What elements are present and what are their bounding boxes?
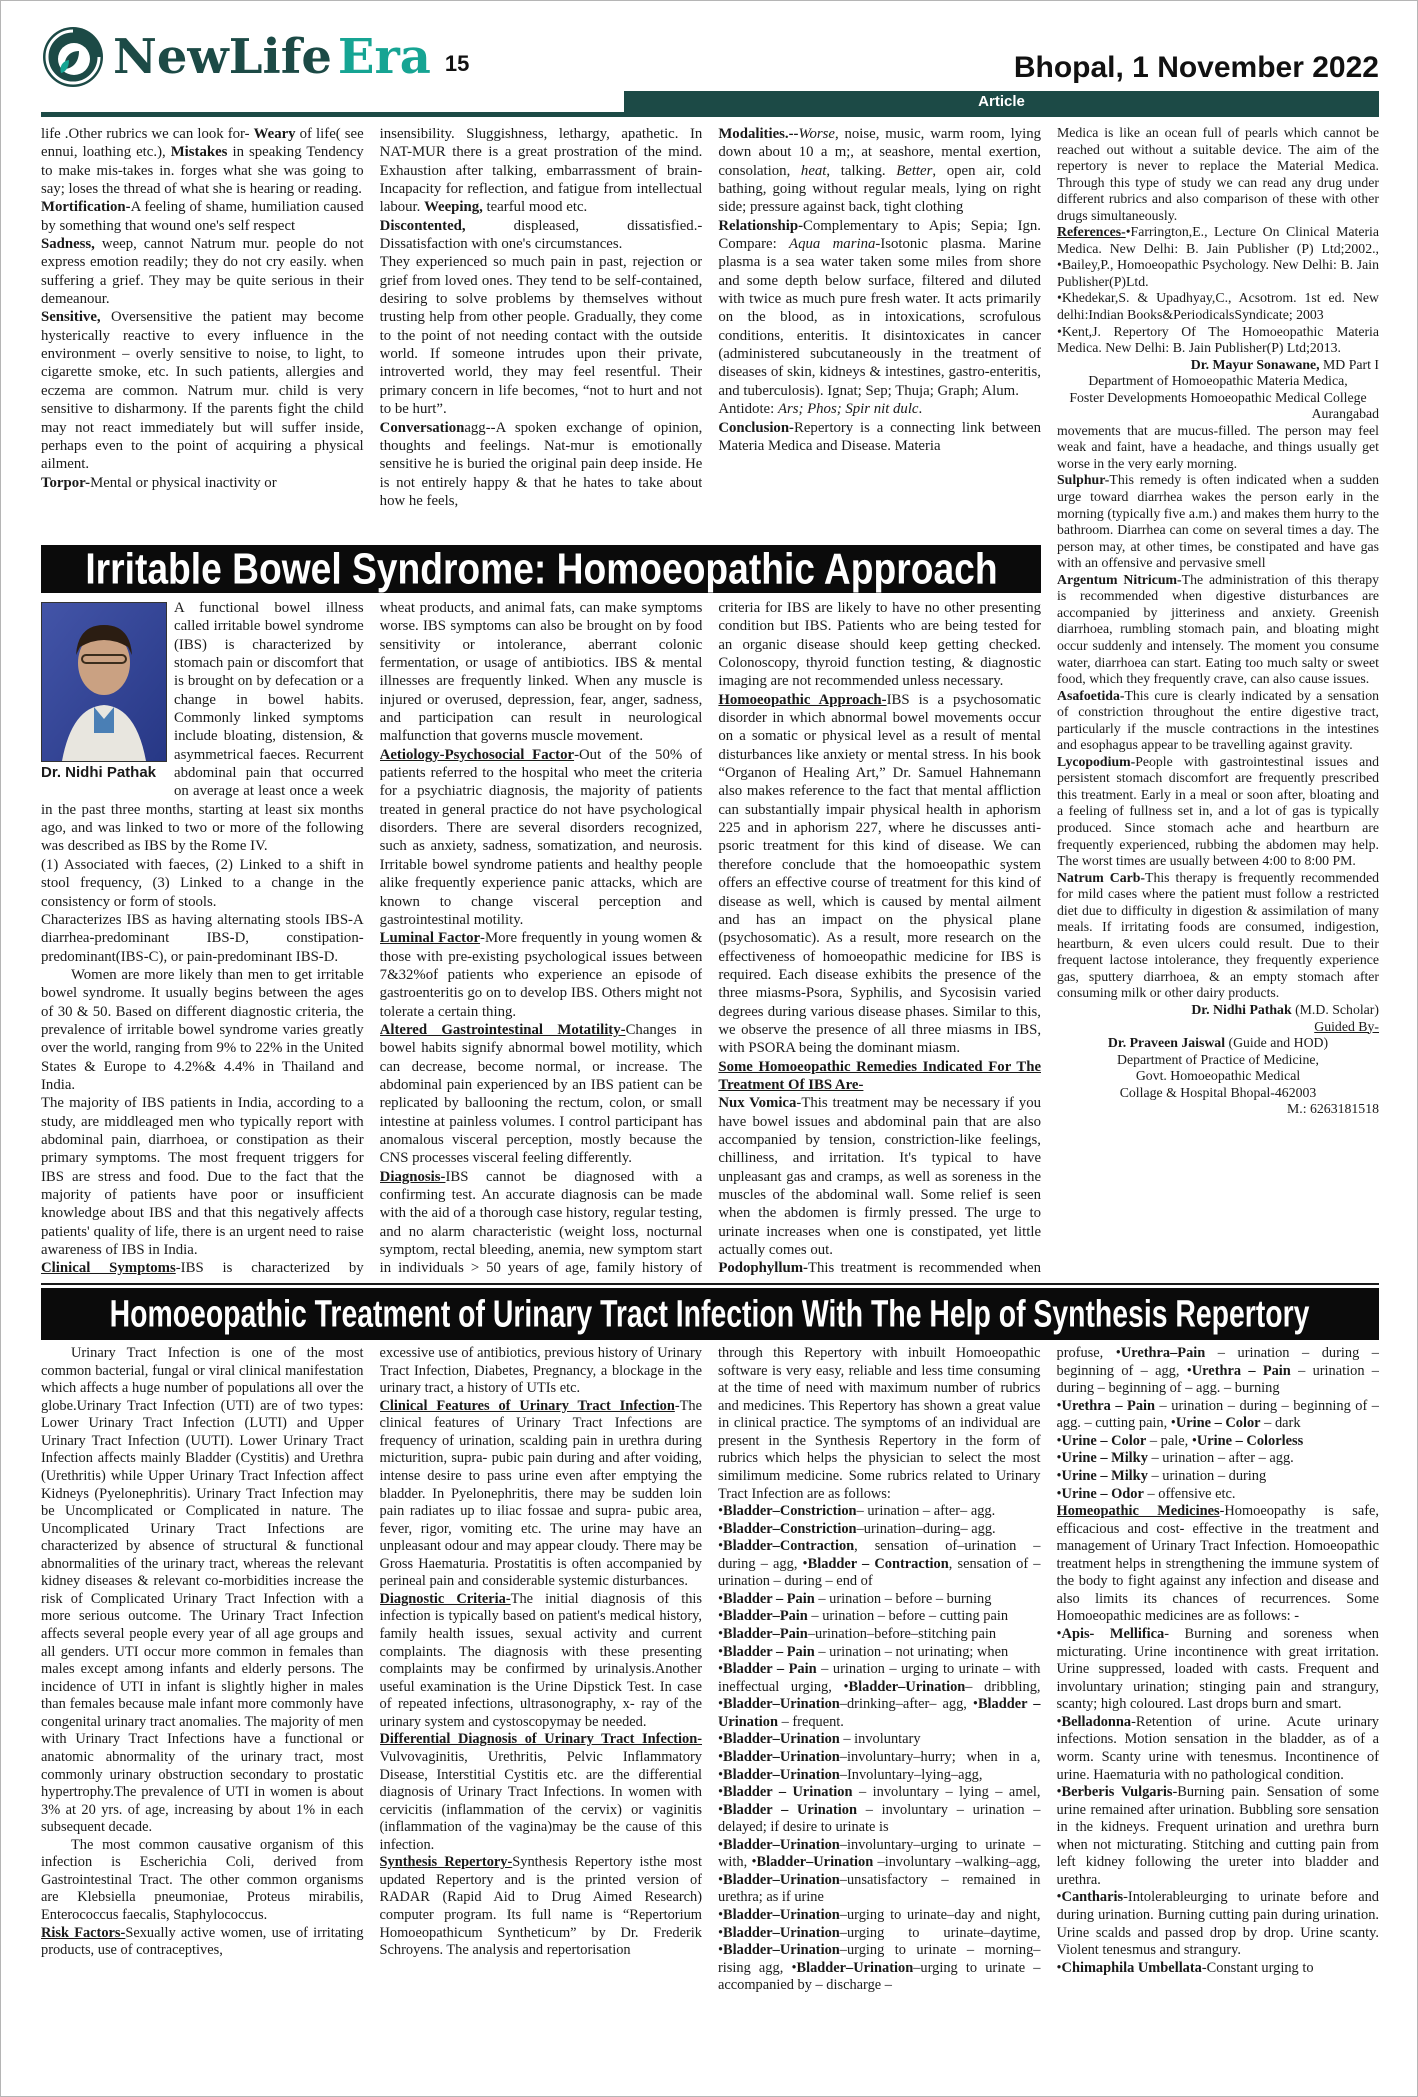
paragraph: Foster Developments Homoeopathic Medical… [1057, 390, 1379, 407]
article1-column-2: insensibility. Sluggishness, lethargy, a… [380, 125, 703, 539]
paragraph: They experienced so much pain in past, r… [380, 253, 703, 418]
paragraph: Characterizes IBS as having alternating … [41, 911, 364, 966]
paragraph: Diagnosis-IBS cannot be diagnosed with a… [380, 1168, 703, 1275]
paragraph: Conclusion-Repertory is a connecting lin… [718, 419, 1041, 456]
brand: NewLifeEra 15 [41, 25, 469, 89]
paragraph: The majority of IBS patients in India, a… [41, 1094, 364, 1259]
paragraph: •Urine – Milky – urination – after – agg… [1057, 1450, 1380, 1468]
paragraph: Collage & Hospital Bhopal-462003 [1057, 1085, 1379, 1102]
paragraph: through this Repertory with inbuilt Homo… [718, 1345, 1041, 1503]
paragraph: life .Other rubrics we can look for- Wea… [41, 125, 364, 198]
paragraph: profuse, •Urethra–Pain – urination – dur… [1057, 1345, 1380, 1398]
paragraph: Sulphur-This remedy is often indicated w… [1057, 472, 1379, 571]
uti-separator: Homoeopathic Treatment of Urinary Tract … [41, 1283, 1379, 1340]
paragraph: •Khedekar,S. & Upadhyay,C., Acsotrom. 1s… [1057, 290, 1379, 323]
header-rule [41, 112, 1379, 117]
paragraph: Dr. Mayur Sonawane, MD Part I [1057, 357, 1379, 374]
paragraph: •Bladder–Urination–involuntary–hurry; wh… [718, 1749, 1041, 1837]
paragraph: Asafoetida-This cure is clearly indicate… [1057, 688, 1379, 754]
paragraph: •Bladder–Constriction–urination–during– … [718, 1521, 1041, 1539]
paragraph: Podophyllum-This treatment is recommende… [718, 1259, 1041, 1275]
paragraph: Synthesis Repertory-Synthesis Repertory … [380, 1854, 703, 1959]
paragraph: Govt. Homoeopathic Medical [1057, 1068, 1379, 1085]
paragraph: •Urethra – Pain – urination – during – b… [1057, 1398, 1380, 1433]
paragraph: Conversationagg--A spoken exchange of op… [380, 419, 703, 511]
paragraph: Clinical Features of Urinary Tract Infec… [380, 1398, 703, 1591]
section-label: Article [624, 91, 1379, 112]
paragraph: wheat products, and animal fats, can mak… [380, 599, 703, 746]
paragraph: Dr. Praveen Jaiswal (Guide and HOD) [1057, 1035, 1379, 1052]
paragraph: •Cantharis-Intolerableurging to urinate … [1057, 1889, 1380, 1959]
paragraph: Homoeopathic Approach-IBS is a psychosom… [718, 691, 1041, 1058]
issue-date: Bhopal, 1 November 2022 [1014, 51, 1379, 89]
brand-era: Era [338, 29, 431, 85]
paragraph: Medica is like an ocean full of pearls w… [1057, 125, 1379, 224]
paragraph: •Bladder–Constriction– urination – after… [718, 1503, 1041, 1521]
paragraph: •Urine – Odor – offensive etc. [1057, 1486, 1380, 1504]
uti-columns: Urinary Tract Infection is one of the mo… [41, 1345, 1379, 2073]
paragraph: excessive use of antibiotics, previous h… [380, 1345, 703, 1398]
paragraph: •Bladder – Pain – urination – not urinat… [718, 1644, 1041, 1662]
paragraph: (1) Associated with faeces, (2) Linked t… [41, 856, 364, 911]
paragraph: •Bladder–Urination–involuntary–urging to… [718, 1837, 1041, 1907]
ibs-columns: Dr. Nidhi Pathak A functional bowel illn… [41, 599, 1041, 1275]
paragraph: •Chimaphila Umbellata-Constant urging to [1057, 1960, 1380, 1978]
paragraph: Some Homoeopathic Remedies Indicated For… [718, 1058, 1041, 1095]
ibs-headline: Irritable Bowel Syndrome: Homoeopathic A… [85, 544, 997, 594]
ibs-column-4: movements that are mucus-filled. The per… [1057, 423, 1379, 1002]
main-content: life .Other rubrics we can look for- Wea… [41, 125, 1379, 1277]
paragraph: insensibility. Sluggishness, lethargy, a… [380, 125, 703, 217]
paragraph: Urinary Tract Infection is one of the mo… [41, 1345, 364, 1837]
article1-column-4: Medica is like an ocean full of pearls w… [1057, 125, 1379, 357]
brand-title: NewLifeEra [113, 33, 431, 81]
paragraph: Sensitive, Oversensitive the patient may… [41, 308, 364, 473]
paragraph: Differential Diagnosis of Urinary Tract … [380, 1731, 703, 1854]
paragraph: Sadness, weep, cannot Natrum mur. people… [41, 235, 364, 308]
paragraph: Clinical Symptoms-IBS is characterized b… [41, 1259, 364, 1275]
paragraph: movements that are mucus-filled. The per… [1057, 423, 1379, 473]
paragraph: The most common causative organism of th… [41, 1837, 364, 1925]
paragraph: Aurangabad [1057, 406, 1379, 423]
ibs-column-2: wheat products, and animal fats, can mak… [380, 599, 703, 1275]
newspaper-page: NewLifeEra 15 Bhopal, 1 November 2022 Ar… [0, 0, 1418, 2097]
article1-column-3: Modalities.--Worse, noise, music, warm r… [718, 125, 1041, 539]
uti-column-2: excessive use of antibiotics, previous h… [380, 1345, 703, 2073]
paragraph: Natrum Carb-This therapy is frequently r… [1057, 870, 1379, 1002]
uti-headline: Homoeopathic Treatment of Urinary Tract … [110, 1292, 1310, 1336]
right-column: Medica is like an ocean full of pearls w… [1057, 125, 1379, 1277]
paragraph: Torpor-Mental or physical inactivity or [41, 474, 364, 492]
paragraph: Women are more likely than men to get ir… [41, 966, 364, 1094]
article1-columns: life .Other rubrics we can look for- Wea… [41, 125, 1041, 539]
paragraph: Department of Homoeopathic Materia Medic… [1057, 373, 1379, 390]
paragraph: •Bladder–Urination–urging to urinate–day… [718, 1907, 1041, 1995]
article1-author-block: Dr. Mayur Sonawane, MD Part IDepartment … [1057, 357, 1379, 423]
paragraph: Aetiology-Psychosocial Factor-Out of the… [380, 746, 703, 929]
paragraph: Lycopodium-People with gastrointestinal … [1057, 754, 1379, 870]
paragraph: •Bladder – Pain – urination – before – b… [718, 1591, 1041, 1609]
ibs-author-block: Dr. Nidhi Pathak (M.D. Scholar)Guided By… [1057, 1002, 1379, 1118]
ibs-headline-banner: Irritable Bowel Syndrome: Homoeopathic A… [41, 545, 1041, 593]
paragraph: Nux Vomica-This treatment may be necessa… [718, 1094, 1041, 1259]
paragraph: Argentum Nitricum-The administration of … [1057, 572, 1379, 688]
paragraph: •Bladder–Contraction, sensation of–urina… [718, 1538, 1041, 1591]
paragraph: •Berberis Vulgaris-Burning pain. Sensati… [1057, 1784, 1380, 1889]
paragraph: Antidote: Ars; Phos; Spir nit dulc. [718, 400, 1041, 418]
article1-column-1: life .Other rubrics we can look for- Wea… [41, 125, 364, 539]
paragraph: •Bladder–Pain – urination – before – cut… [718, 1608, 1041, 1626]
paragraph: •Bladder–Pain–urination–before–stitching… [718, 1626, 1041, 1644]
paragraph: Diagnostic Criteria-The initial diagnosi… [380, 1591, 703, 1732]
article-bar-row: Article [41, 91, 1379, 112]
uti-column-4: profuse, •Urethra–Pain – urination – dur… [1057, 1345, 1380, 2073]
paragraph: •Urine – Color – pale, •Urine – Colorles… [1057, 1433, 1380, 1451]
paragraph: Luminal Factor-More frequently in young … [380, 929, 703, 1021]
paragraph: •Belladonna-Retention of urine. Acute ur… [1057, 1714, 1380, 1784]
paragraph: Altered Gastrointestinal Motatility-Chan… [380, 1021, 703, 1168]
paragraph: Mortification-A feeling of shame, humili… [41, 198, 364, 235]
photo-caption: Dr. Nidhi Pathak [41, 762, 165, 783]
paragraph: •Kent,J. Repertory Of The Homoeopathic M… [1057, 324, 1379, 357]
header: NewLifeEra 15 Bhopal, 1 November 2022 [41, 13, 1379, 89]
paragraph: Risk Factors-Sexually active women, use … [41, 1925, 364, 1960]
paragraph: Dr. Nidhi Pathak (M.D. Scholar) [1057, 1002, 1379, 1019]
page-number: 15 [445, 51, 469, 77]
paragraph: M.: 6263181518 [1057, 1101, 1379, 1118]
author-photo [41, 602, 167, 762]
paragraph: •Apis- Mellifica- Burning and soreness w… [1057, 1626, 1380, 1714]
paragraph: •Bladder – Pain – urination – urging to … [718, 1661, 1041, 1731]
ibs-column-1: Dr. Nidhi Pathak A functional bowel illn… [41, 599, 364, 1275]
paragraph: References-•Farrington,E., Lecture On Cl… [1057, 224, 1379, 290]
author-photo-box: Dr. Nidhi Pathak [41, 602, 165, 783]
uti-column-1: Urinary Tract Infection is one of the mo… [41, 1345, 364, 2073]
paragraph: Discontented, displeased, dissatisfied.-… [380, 217, 703, 254]
left-zone: life .Other rubrics we can look for- Wea… [41, 125, 1041, 1277]
paragraph: •Bladder–Urination – involuntary [718, 1731, 1041, 1749]
uti-headline-banner: Homoeopathic Treatment of Urinary Tract … [41, 1288, 1379, 1340]
newlife-logo-icon [41, 25, 105, 89]
brand-newlife: NewLife [113, 29, 332, 85]
paragraph: •Urine – Milky – urination – during [1057, 1468, 1380, 1486]
ibs-column-3: criteria for IBS are likely to have no o… [718, 599, 1041, 1275]
uti-column-3: through this Repertory with inbuilt Homo… [718, 1345, 1041, 2073]
paragraph: criteria for IBS are likely to have no o… [718, 599, 1041, 691]
paragraph: Modalities.--Worse, noise, music, warm r… [718, 125, 1041, 217]
paragraph: Department of Practice of Medicine, [1057, 1052, 1379, 1069]
paragraph: Guided By- [1057, 1019, 1379, 1036]
paragraph: Homeopathic Medicines-Homoeopathy is saf… [1057, 1503, 1380, 1626]
paragraph: Relationship-Complementary to Apis; Sepi… [718, 217, 1041, 400]
